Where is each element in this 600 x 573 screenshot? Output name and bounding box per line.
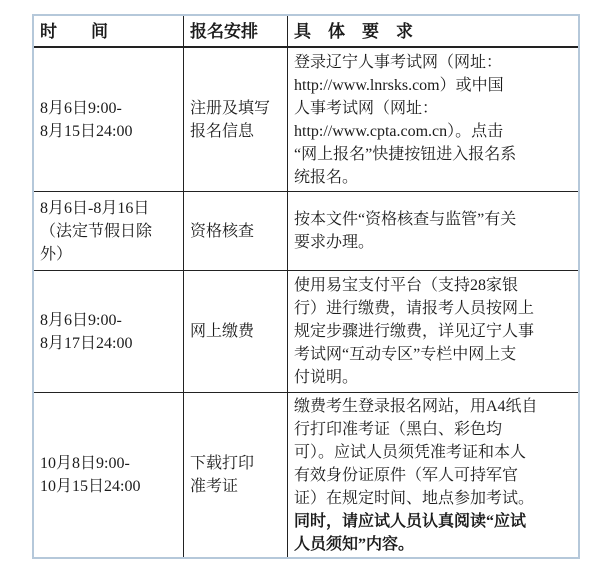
details-cell-register: 登录辽宁人事考试网（网址： http://www.lnrsks.com）或中国 … (288, 48, 578, 192)
registration-schedule-table: 时 间 报名安排 具 体 要 求 8月6日9:00- 8月15日24:00 注册… (32, 14, 580, 559)
header-cell-arrangement: 报名安排 (184, 16, 288, 48)
arrangement-cell-print-ticket: 下载打印 准考证 (184, 393, 288, 557)
arrangement-cell-review: 资格核查 (184, 192, 288, 271)
header-time-label: 时 间 (40, 20, 178, 43)
time-text: 8月6日9:00- 8月17日24:00 (40, 309, 178, 355)
time-cell-print-ticket: 10月8日9:00- 10月15日24:00 (34, 393, 184, 557)
arrangement-text: 网上缴费 (190, 320, 282, 343)
details-cell-print-ticket: 缴费考生登录报名网站，用A4纸自 行打印准考证（黑白、彩色均 可）。应试人员须凭… (288, 393, 578, 557)
time-text: 8月6日-8月16日 （法定节假日除 外） (40, 197, 178, 266)
details-cell-payment: 使用易宝支付平台（支持28家银 行）进行缴费，请报考人员按网上 规定步骤进行缴费… (288, 271, 578, 393)
header-cell-requirements: 具 体 要 求 (288, 16, 578, 48)
time-cell-payment: 8月6日9:00- 8月17日24:00 (34, 271, 184, 393)
arrangement-cell-register: 注册及填写 报名信息 (184, 48, 288, 192)
time-cell-register: 8月6日9:00- 8月15日24:00 (34, 48, 184, 192)
header-arrangement-label: 报名安排 (190, 20, 282, 43)
arrangement-cell-payment: 网上缴费 (184, 271, 288, 393)
time-text: 8月6日9:00- 8月15日24:00 (40, 97, 178, 143)
header-cell-time: 时 间 (34, 16, 184, 48)
time-cell-review: 8月6日-8月16日 （法定节假日除 外） (34, 192, 184, 271)
details-text: 缴费考生登录报名网站，用A4纸自 行打印准考证（黑白、彩色均 可）。应试人员须凭… (294, 398, 538, 507)
details-text: 按本文件“资格核查与监管”有关 要求办理。 (294, 208, 573, 254)
time-text: 10月8日9:00- 10月15日24:00 (40, 452, 178, 498)
details-cell-review: 按本文件“资格核查与监管”有关 要求办理。 (288, 192, 578, 271)
details-bold-text: 同时，请应试人员认真阅读“应试 人员须知”内容。 (294, 510, 573, 556)
arrangement-text: 资格核查 (190, 220, 282, 243)
details-text: 登录辽宁人事考试网（网址： http://www.lnrsks.com）或中国 … (294, 51, 573, 189)
arrangement-text: 注册及填写 报名信息 (190, 97, 282, 143)
details-text-group: 缴费考生登录报名网站，用A4纸自 行打印准考证（黑白、彩色均 可）。应试人员须凭… (294, 395, 573, 556)
arrangement-text: 下载打印 准考证 (190, 452, 282, 498)
header-requirements-label: 具 体 要 求 (294, 20, 573, 43)
details-text: 使用易宝支付平台（支持28家银 行）进行缴费，请报考人员按网上 规定步骤进行缴费… (294, 274, 573, 389)
